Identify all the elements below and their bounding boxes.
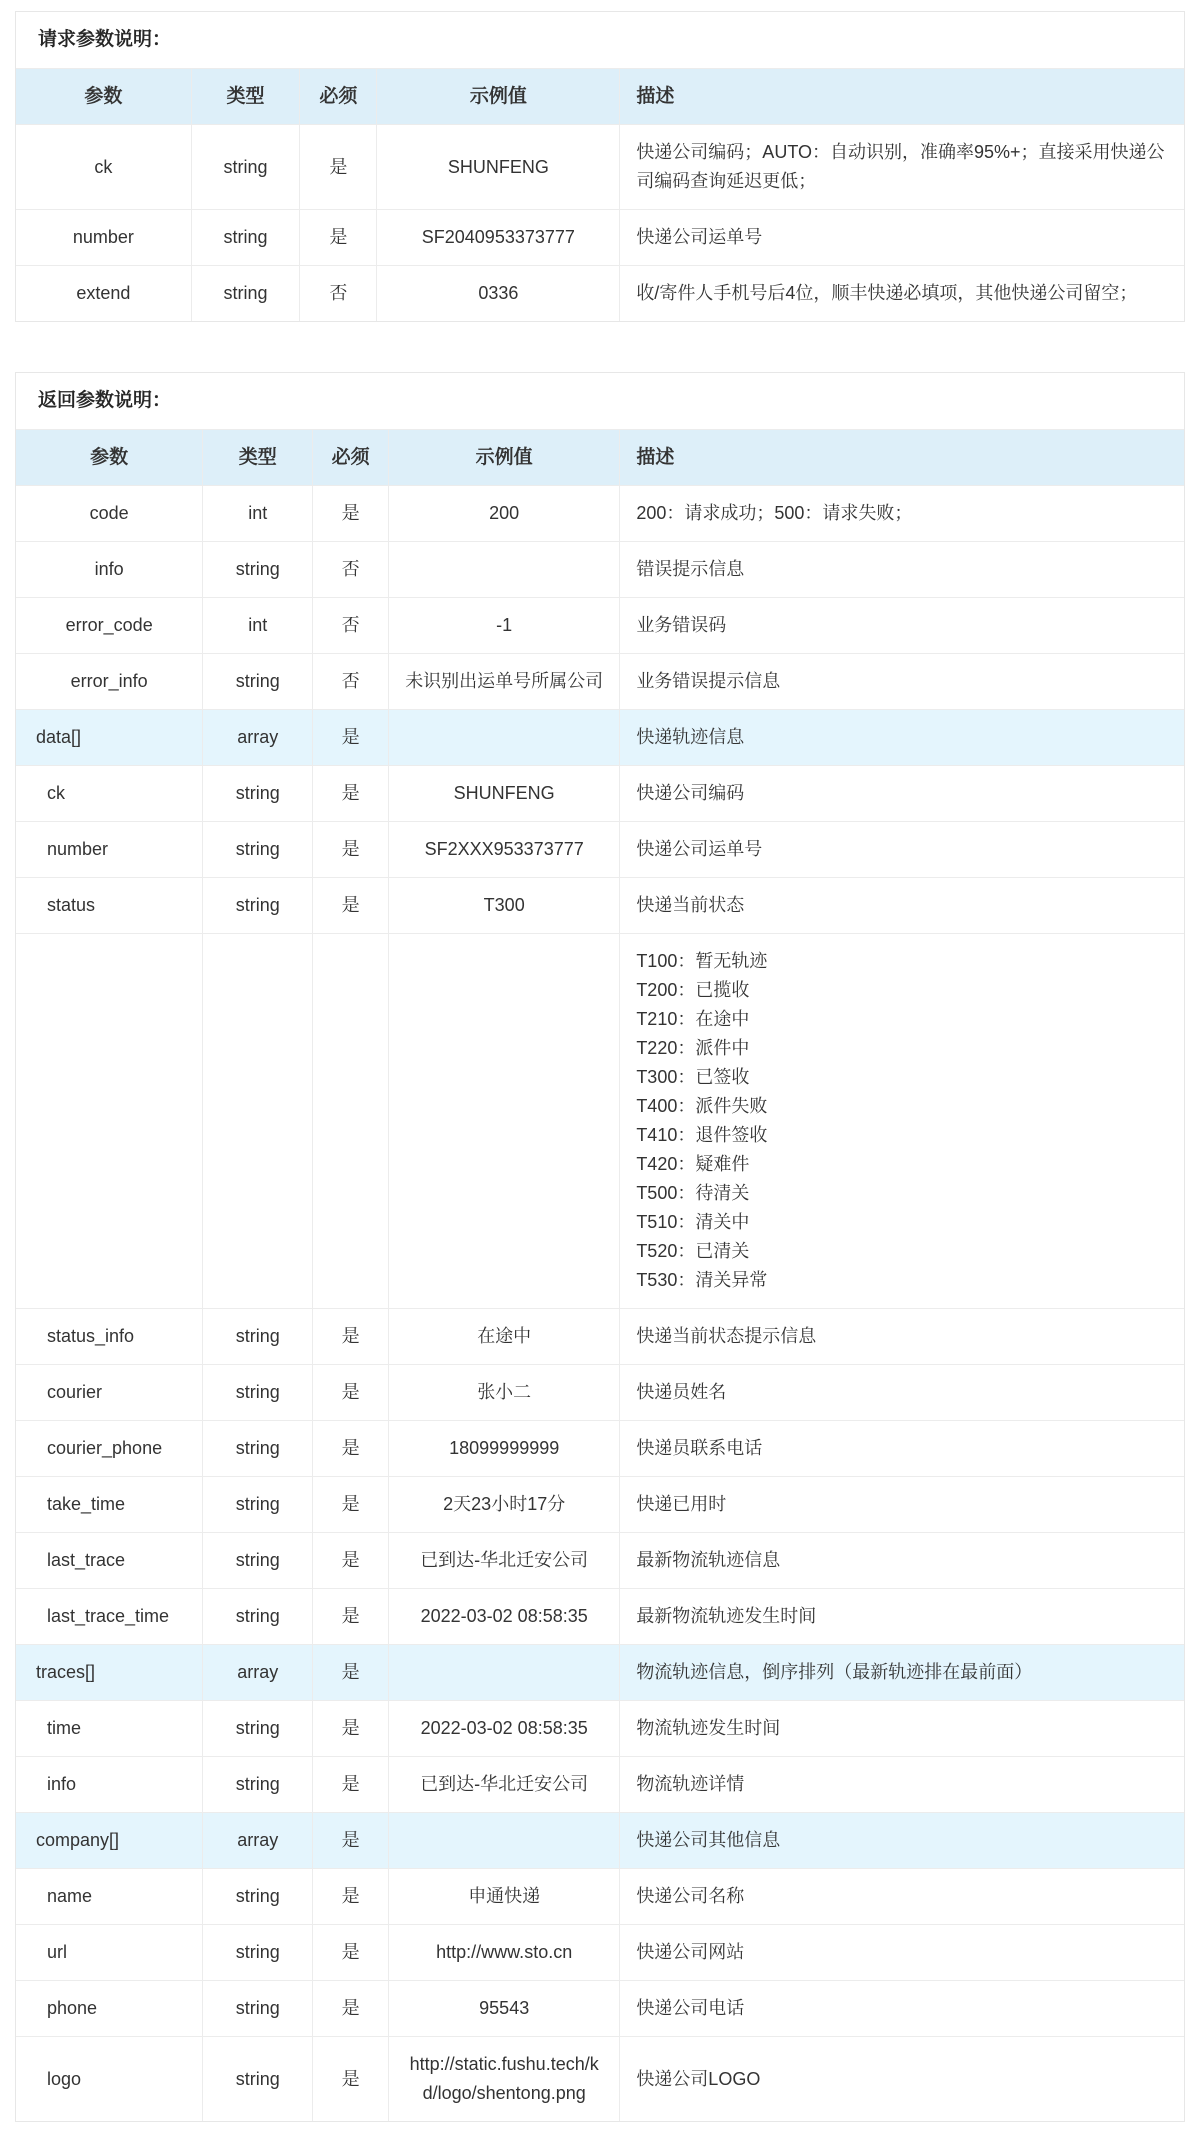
required-cell: 是 (313, 1533, 389, 1589)
column-header: 参数 (16, 69, 191, 125)
column-header: 类型 (191, 69, 300, 125)
required-cell: 是 (313, 1645, 389, 1701)
example-cell: 2022-03-02 08:58:35 (389, 1701, 620, 1757)
required-cell: 是 (313, 1589, 389, 1645)
desc-cell: 错误提示信息 (620, 542, 1184, 598)
desc-cell: 快递公司网站 (620, 1925, 1184, 1981)
required-cell: 是 (313, 1701, 389, 1757)
type-cell: string (203, 1421, 313, 1477)
table-row: codeint是200200：请求成功；500：请求失败； (16, 486, 1184, 542)
example-cell: -1 (389, 598, 620, 654)
desc-cell: 快递当前状态提示信息 (620, 1309, 1184, 1365)
example-cell: http://static.fushu.tech/kd/logo/shenton… (389, 2037, 620, 2122)
table-row: T100：暂无轨迹T200：已揽收T210：在途中T220：派件中T300：已签… (16, 934, 1184, 1309)
desc-cell: 业务错误码 (620, 598, 1184, 654)
table-row: status_infostring是在途中快递当前状态提示信息 (16, 1309, 1184, 1365)
param-cell: error_info (16, 654, 203, 710)
type-cell: string (191, 125, 300, 210)
type-cell: string (203, 1757, 313, 1813)
status-code-line: T520：已清关 (636, 1237, 1168, 1266)
desc-cell: 物流轨迹信息，倒序排列（最新轨迹排在最前面） (620, 1645, 1184, 1701)
section-title: 返回参数说明： (16, 373, 1184, 429)
table-row: extendstring否0336收/寄件人手机号后4位，顺丰快递必填项，其他快… (16, 266, 1184, 322)
required-cell: 是 (313, 1477, 389, 1533)
type-cell: string (203, 878, 313, 934)
required-cell: 是 (313, 766, 389, 822)
desc-cell: 快递公司其他信息 (620, 1813, 1184, 1869)
desc-cell: 200：请求成功；500：请求失败； (620, 486, 1184, 542)
param-cell: status (16, 878, 203, 934)
table-row: take_timestring是2天23小时17分快递已用时 (16, 1477, 1184, 1533)
table-row: ckstring是SHUNFENG快递公司编码；AUTO：自动识别，准确率95%… (16, 125, 1184, 210)
example-cell: SF2040953373777 (377, 210, 620, 266)
desc-cell: 最新物流轨迹信息 (620, 1533, 1184, 1589)
type-cell: string (203, 542, 313, 598)
array-row: company[]array是快递公司其他信息 (16, 1813, 1184, 1869)
required-cell: 是 (300, 125, 377, 210)
param-cell: ck (16, 766, 203, 822)
param-cell: company[] (16, 1813, 203, 1869)
example-cell: 在途中 (389, 1309, 620, 1365)
required-cell: 是 (313, 1925, 389, 1981)
column-header: 类型 (203, 430, 313, 486)
example-cell: SF2XXX953373777 (389, 822, 620, 878)
example-cell: 申通快递 (389, 1869, 620, 1925)
required-cell: 是 (313, 486, 389, 542)
status-code-line: T420：疑难件 (636, 1150, 1168, 1179)
column-header: 描述 (620, 430, 1184, 486)
required-cell: 是 (313, 710, 389, 766)
desc-cell: 业务错误提示信息 (620, 654, 1184, 710)
desc-cell: 最新物流轨迹发生时间 (620, 1589, 1184, 1645)
status-code-line: T410：退件签收 (636, 1121, 1168, 1150)
required-cell: 是 (313, 822, 389, 878)
example-cell: T300 (389, 878, 620, 934)
desc-cell: 快递公司电话 (620, 1981, 1184, 2037)
desc-cell: 快递公司LOGO (620, 2037, 1184, 2122)
param-cell: last_trace (16, 1533, 203, 1589)
example-cell: SHUNFENG (377, 125, 620, 210)
param-cell: time (16, 1701, 203, 1757)
example-cell: 95543 (389, 1981, 620, 2037)
param-cell: info (16, 1757, 203, 1813)
param-cell: phone (16, 1981, 203, 2037)
table-row: error_codeint否-1业务错误码 (16, 598, 1184, 654)
table-row: statusstring是T300快递当前状态 (16, 878, 1184, 934)
table-row: courier_phonestring是18099999999快递员联系电话 (16, 1421, 1184, 1477)
param-cell: ck (16, 125, 191, 210)
type-cell: array (203, 1813, 313, 1869)
type-cell: array (203, 1645, 313, 1701)
status-code-line: T500：待清关 (636, 1179, 1168, 1208)
param-cell: data[] (16, 710, 203, 766)
status-code-line: T530：清关异常 (636, 1266, 1168, 1295)
type-cell (203, 934, 313, 1309)
table-row: last_tracestring是已到达-华北迁安公司最新物流轨迹信息 (16, 1533, 1184, 1589)
table-row: timestring是2022-03-02 08:58:35物流轨迹发生时间 (16, 1701, 1184, 1757)
type-cell: string (203, 766, 313, 822)
type-cell: string (203, 1981, 313, 2037)
desc-cell: 快递公司编码；AUTO：自动识别，准确率95%+；直接采用快递公司编码查询延迟更… (620, 125, 1184, 210)
header-row: 参数类型必须示例值描述 (16, 430, 1184, 486)
type-cell: string (203, 1533, 313, 1589)
param-cell: code (16, 486, 203, 542)
type-cell: string (203, 1925, 313, 1981)
table-row: numberstring是SF2040953373777快递公司运单号 (16, 210, 1184, 266)
param-cell: url (16, 1925, 203, 1981)
required-cell: 是 (313, 1309, 389, 1365)
example-cell: http://www.sto.cn (389, 1925, 620, 1981)
example-cell: 张小二 (389, 1365, 620, 1421)
desc-cell: 快递轨迹信息 (620, 710, 1184, 766)
table-row: courierstring是张小二快递员姓名 (16, 1365, 1184, 1421)
status-code-line: T100：暂无轨迹 (636, 947, 1168, 976)
column-header: 示例值 (377, 69, 620, 125)
table-row: phonestring是95543快递公司电话 (16, 1981, 1184, 2037)
array-row: data[]array是快递轨迹信息 (16, 710, 1184, 766)
example-cell: 已到达-华北迁安公司 (389, 1757, 620, 1813)
response-params-table: 参数类型必须示例值描述 codeint是200200：请求成功；500：请求失败… (16, 429, 1184, 2121)
api-doc-page: 请求参数说明： 参数类型必须示例值描述 ckstring是SHUNFENG快递公… (0, 0, 1200, 2134)
required-cell: 否 (300, 266, 377, 322)
column-header: 示例值 (389, 430, 620, 486)
param-cell: name (16, 1869, 203, 1925)
required-cell: 否 (313, 654, 389, 710)
status-code-line: T510：清关中 (636, 1208, 1168, 1237)
param-cell: last_trace_time (16, 1589, 203, 1645)
desc-cell: 物流轨迹详情 (620, 1757, 1184, 1813)
example-cell (389, 934, 620, 1309)
type-cell: string (203, 1869, 313, 1925)
required-cell: 是 (313, 1869, 389, 1925)
table-row: ckstring是SHUNFENG快递公司编码 (16, 766, 1184, 822)
example-cell (389, 710, 620, 766)
required-cell: 是 (313, 1757, 389, 1813)
column-header: 必须 (313, 430, 389, 486)
required-cell: 是 (300, 210, 377, 266)
desc-cell: 快递员姓名 (620, 1365, 1184, 1421)
example-cell: 200 (389, 486, 620, 542)
array-row: traces[]array是物流轨迹信息，倒序排列（最新轨迹排在最前面） (16, 1645, 1184, 1701)
type-cell: string (203, 654, 313, 710)
param-cell: courier_phone (16, 1421, 203, 1477)
example-cell: 未识别出运单号所属公司 (389, 654, 620, 710)
example-cell (389, 1813, 620, 1869)
required-cell: 否 (313, 598, 389, 654)
desc-cell: T100：暂无轨迹T200：已揽收T210：在途中T220：派件中T300：已签… (620, 934, 1184, 1309)
status-code-line: T210：在途中 (636, 1005, 1168, 1034)
required-cell: 否 (313, 542, 389, 598)
param-cell: error_code (16, 598, 203, 654)
status-code-line: T220：派件中 (636, 1034, 1168, 1063)
type-cell: array (203, 710, 313, 766)
desc-cell: 快递员联系电话 (620, 1421, 1184, 1477)
desc-cell: 收/寄件人手机号后4位，顺丰快递必填项，其他快递公司留空； (620, 266, 1184, 322)
required-cell: 是 (313, 878, 389, 934)
required-cell: 是 (313, 1813, 389, 1869)
desc-cell: 快递已用时 (620, 1477, 1184, 1533)
table-row: last_trace_timestring是2022-03-02 08:58:3… (16, 1589, 1184, 1645)
table-row: logostring是http://static.fushu.tech/kd/l… (16, 2037, 1184, 2122)
column-header: 必须 (300, 69, 377, 125)
param-cell: take_time (16, 1477, 203, 1533)
desc-cell: 快递公司运单号 (620, 210, 1184, 266)
example-cell: SHUNFENG (389, 766, 620, 822)
table-row: error_infostring否未识别出运单号所属公司业务错误提示信息 (16, 654, 1184, 710)
type-cell: string (191, 266, 300, 322)
param-cell (16, 934, 203, 1309)
type-cell: int (203, 486, 313, 542)
param-cell: info (16, 542, 203, 598)
status-code-line: T400：派件失败 (636, 1092, 1168, 1121)
example-cell: 2022-03-02 08:58:35 (389, 1589, 620, 1645)
request-params-table: 参数类型必须示例值描述 ckstring是SHUNFENG快递公司编码；AUTO… (16, 68, 1184, 321)
param-cell: traces[] (16, 1645, 203, 1701)
param-cell: number (16, 822, 203, 878)
required-cell (313, 934, 389, 1309)
example-cell: 0336 (377, 266, 620, 322)
table-row: urlstring是http://www.sto.cn快递公司网站 (16, 1925, 1184, 1981)
status-code-line: T200：已揽收 (636, 976, 1168, 1005)
required-cell: 是 (313, 2037, 389, 2122)
param-cell: extend (16, 266, 191, 322)
param-cell: number (16, 210, 191, 266)
example-cell: 已到达-华北迁安公司 (389, 1533, 620, 1589)
type-cell: string (203, 1309, 313, 1365)
type-cell: string (203, 2037, 313, 2122)
desc-cell: 物流轨迹发生时间 (620, 1701, 1184, 1757)
header-row: 参数类型必须示例值描述 (16, 69, 1184, 125)
required-cell: 是 (313, 1981, 389, 2037)
example-cell (389, 1645, 620, 1701)
param-cell: courier (16, 1365, 203, 1421)
type-cell: string (203, 1477, 313, 1533)
example-cell: 2天23小时17分 (389, 1477, 620, 1533)
type-cell: string (203, 822, 313, 878)
required-cell: 是 (313, 1421, 389, 1477)
column-header: 参数 (16, 430, 203, 486)
section-title: 请求参数说明： (16, 12, 1184, 68)
type-cell: string (203, 1701, 313, 1757)
table-row: infostring是已到达-华北迁安公司物流轨迹详情 (16, 1757, 1184, 1813)
type-cell: string (203, 1365, 313, 1421)
desc-cell: 快递当前状态 (620, 878, 1184, 934)
example-cell: 18099999999 (389, 1421, 620, 1477)
desc-cell: 快递公司运单号 (620, 822, 1184, 878)
required-cell: 是 (313, 1365, 389, 1421)
type-cell: int (203, 598, 313, 654)
table-row: infostring否错误提示信息 (16, 542, 1184, 598)
type-cell: string (203, 1589, 313, 1645)
example-cell (389, 542, 620, 598)
param-cell: status_info (16, 1309, 203, 1365)
response-params-section: 返回参数说明： 参数类型必须示例值描述 codeint是200200：请求成功；… (15, 372, 1185, 2122)
table-row: namestring是申通快递快递公司名称 (16, 1869, 1184, 1925)
type-cell: string (191, 210, 300, 266)
param-cell: logo (16, 2037, 203, 2122)
status-code-line: T300：已签收 (636, 1063, 1168, 1092)
table-row: numberstring是SF2XXX953373777快递公司运单号 (16, 822, 1184, 878)
request-params-section: 请求参数说明： 参数类型必须示例值描述 ckstring是SHUNFENG快递公… (15, 11, 1185, 322)
column-header: 描述 (620, 69, 1184, 125)
desc-cell: 快递公司编码 (620, 766, 1184, 822)
desc-cell: 快递公司名称 (620, 1869, 1184, 1925)
